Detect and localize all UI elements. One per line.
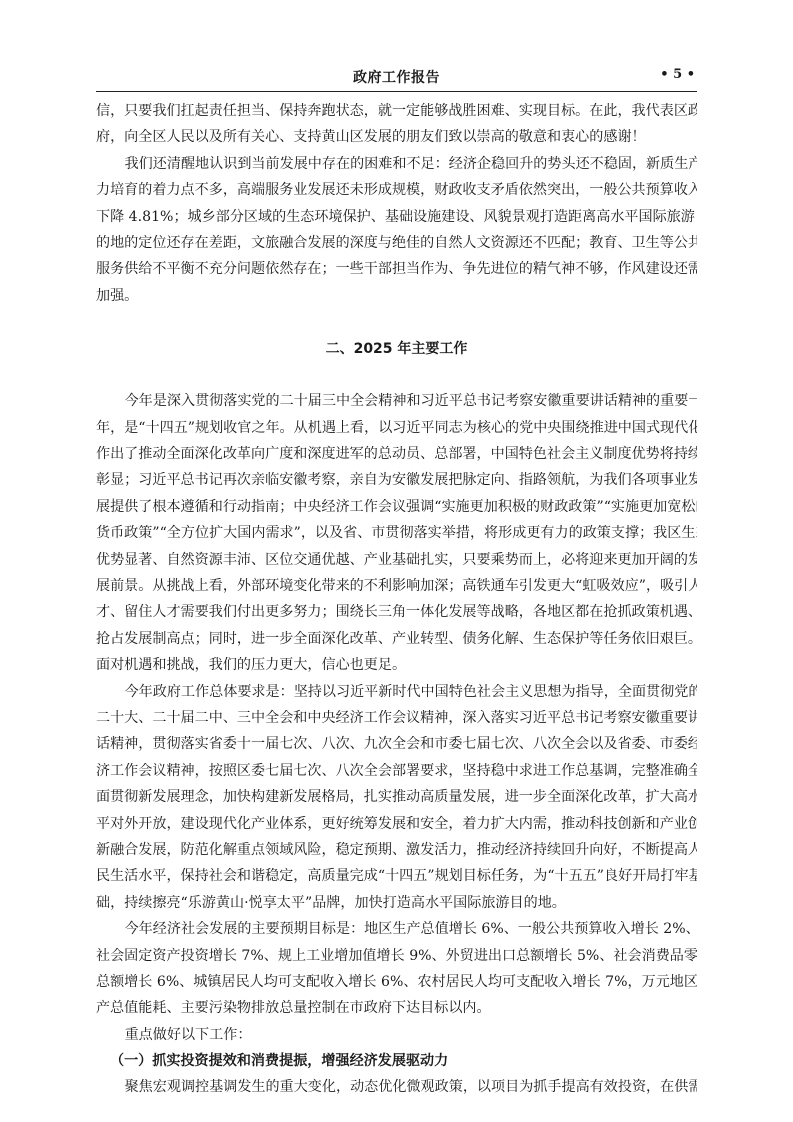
- document-body: 信，只要我们扛起责任担当、保持奔跑状态，就一定能够战胜困难、实现目标。在此，我代…: [96, 98, 697, 1101]
- text-line: 平对外开放，建设现代化产业体系，更好统筹发展和安全，着力扩大内需，推动科技创新和…: [96, 811, 697, 837]
- text-line: 今年政府工作总体要求是：坚持以习近平新时代中国特色社会主义思想为指导，全面贯彻党…: [96, 679, 697, 705]
- text-line: 我们还清醒地认识到当前发展中存在的困难和不足：经济企稳回升的势头还不稳固，新质生…: [96, 151, 697, 177]
- text-line: 展提供了根本遵循和行动指南；中央经济工作会议强调“实施更加积极的财政政策”“实施…: [96, 494, 697, 520]
- paragraph-key-tasks-intro: 重点做好以下工作：: [96, 1022, 697, 1048]
- text-line: 年，是“十四五”规划收官之年。从机遇上看，以习近平同志为核心的党中央围绕推进中国…: [96, 415, 697, 441]
- header-title: 政府工作报告: [96, 67, 697, 87]
- text-line: 话精神，贯彻落实省委十一届七次、八次、九次全会和市委七届七次、八次全会以及省委、…: [96, 731, 697, 757]
- text-line: 货币政策”“全方位扩大国内需求”，以及省、市贯彻落实举措，将形成更有力的政策支撑…: [96, 520, 697, 546]
- subsection-heading: （一）抓实投资提效和消费提振，增强经济发展驱动力: [96, 1048, 697, 1074]
- paragraph-closing-thanks: 信，只要我们扛起责任担当、保持奔跑状态，就一定能够战胜困难、实现目标。在此，我代…: [96, 98, 697, 151]
- text-line: 济工作会议精神，按照区委七届七次、八次全会部署要求，坚持稳中求进工作总基调，完整…: [96, 758, 697, 784]
- text-line: 础，持续擦亮“乐游黄山·悦享太平”品牌，加快打造高水平国际旅游目的地。: [96, 890, 697, 916]
- text-line: 才、留住人才需要我们付出更多努力；围绕长三角一体化发展等战略，各地区都在抢抓政策…: [96, 599, 697, 625]
- spacer: [96, 362, 697, 388]
- text-line: 今年经济社会发展的主要预期目标是：地区生产总值增长 6%、一般公共预算收入增长 …: [96, 916, 697, 942]
- header-rule: [96, 91, 697, 92]
- text-line: 今年是深入贯彻落实党的二十届三中全会精神和习近平总书记考察安徽重要讲话精神的重要…: [96, 388, 697, 414]
- spacer: [96, 309, 697, 335]
- paragraph-investment: 聚焦宏观调控基调发生的重大变化，动态优化微观政策，以项目为抓手提高有效投资，在供…: [96, 1074, 697, 1100]
- text-line: 重点做好以下工作：: [96, 1022, 697, 1048]
- paragraph-expected-targets: 今年经济社会发展的主要预期目标是：地区生产总值增长 6%、一般公共预算收入增长 …: [96, 916, 697, 1022]
- section-title: 二、2025 年主要工作: [96, 336, 697, 362]
- text-line: 面贯彻新发展理念，加快构建新发展格局，扎实推动高质量发展，进一步全面深化改革，扩…: [96, 784, 697, 810]
- text-line: 优势显著、自然资源丰沛、区位交通优越、产业基础扎实，只要乘势而上，必将迎来更加开…: [96, 547, 697, 573]
- text-line: 府，向全区人民以及所有关心、支持黄山区发展的朋友们致以崇高的敬意和衷心的感谢！: [96, 124, 697, 150]
- text-line: 聚焦宏观调控基调发生的重大变化，动态优化微观政策，以项目为抓手提高有效投资，在供…: [96, 1074, 697, 1100]
- text-line: 面对机遇和挑战，我们的压力更大，信心也更足。: [96, 652, 697, 678]
- text-line: 作出了推动全面深化改革向广度和深度进军的总动员、总部署，中国特色社会主义制度优势…: [96, 441, 697, 467]
- running-header: 政府工作报告 • 5 •: [96, 66, 697, 91]
- text-line: 彰显；习近平总书记再次亲临安徽考察，亲自为安徽发展把脉定向、指路领航，为我们各项…: [96, 467, 697, 493]
- text-line: 下降 4.81%；城乡部分区域的生态环境保护、基础设施建设、风貌景观打造距离高水…: [96, 204, 697, 230]
- text-line: 的地的定位还存在差距，文旅融合发展的深度与绝佳的自然人文资源还不匹配；教育、卫生…: [96, 230, 697, 256]
- paragraph-general-requirements: 今年政府工作总体要求是：坚持以习近平新时代中国特色社会主义思想为指导，全面贯彻党…: [96, 679, 697, 917]
- text-line: 总额增长 6%、城镇居民人均可支配收入增长 6%、农村居民人均可支配收入增长 7…: [96, 969, 697, 995]
- text-line: 社会固定资产投资增长 7%、规上工业增加值增长 9%、外贸进出口总额增长 5%、…: [96, 943, 697, 969]
- text-line: 加强。: [96, 283, 697, 309]
- paragraph-difficulties: 我们还清醒地认识到当前发展中存在的困难和不足：经济企稳回升的势头还不稳固，新质生…: [96, 151, 697, 309]
- text-line: 二十大、二十届二中、三中全会和中央经济工作会议精神，深入落实习近平总书记考察安徽…: [96, 705, 697, 731]
- text-line: 展前景。从挑战上看，外部环境变化带来的不利影响加深；高铁通车引发更大“虹吸效应”…: [96, 573, 697, 599]
- text-line: 抢占发展制高点；同时，进一步全面深化改革、产业转型、债务化解、生态保护等任务依旧…: [96, 626, 697, 652]
- text-line: 力培育的着力点不多，高端服务业发展还未形成规模，财政收支矛盾依然突出，一般公共预…: [96, 177, 697, 203]
- text-line: 产总值能耗、主要污染物排放总量控制在市政府下达目标以内。: [96, 995, 697, 1021]
- text-line: 民生活水平，保持社会和谐稳定，高质量完成“十四五”规划目标任务，为“十五五”良好…: [96, 863, 697, 889]
- text-line: 新融合发展，防范化解重点领域风险，稳定预期、激发活力，推动经济持续回升向好，不断…: [96, 837, 697, 863]
- text-line: 信，只要我们扛起责任担当、保持奔跑状态，就一定能够战胜困难、实现目标。在此，我代…: [96, 98, 697, 124]
- paragraph-opportunities-challenges: 今年是深入贯彻落实党的二十届三中全会精神和习近平总书记考察安徽重要讲话精神的重要…: [96, 388, 697, 678]
- text-line: 服务供给不平衡不充分问题依然存在；一些干部担当作为、争先进位的精气神不够，作风建…: [96, 256, 697, 282]
- page-number: • 5 •: [660, 67, 695, 82]
